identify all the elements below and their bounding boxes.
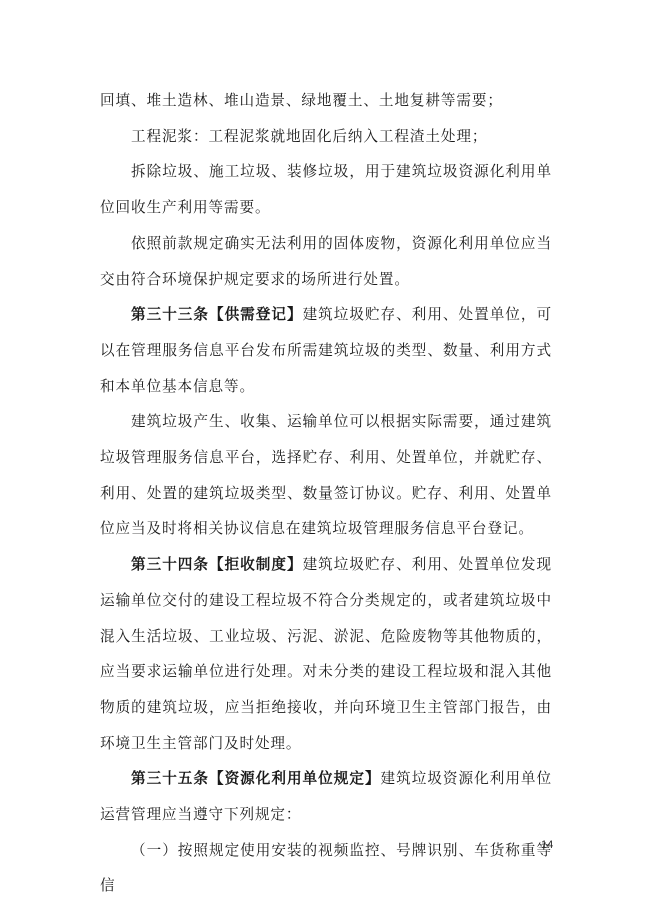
- paragraph-text: 回填、堆土造林、堆山造景、绿地覆土、土地复耕等需要；: [100, 92, 503, 109]
- paragraph-unusable-waste: 依照前款规定确实无法利用的固体废物，资源化利用单位应当交由符合环境保护规定要求的…: [100, 226, 552, 297]
- paragraph-text: 工程泥浆：工程泥浆就地固化后纳入工程渣土处理；: [131, 128, 487, 145]
- paragraph-text: 依照前款规定确实无法利用的固体废物，资源化利用单位应当交由符合环境保护规定要求的…: [100, 235, 552, 288]
- paragraph-text: （一）按照规定使用安装的视频监控、号牌识别、车货称重等信: [100, 842, 552, 895]
- article-33-supply-demand-registration: 第三十三条【供需登记】建筑垃圾贮存、利用、处置单位，可以在管理服务信息平台发布所…: [100, 297, 552, 404]
- article-heading: 第三十五条【资源化利用单位规定】: [131, 770, 381, 787]
- list-item-1: （一）按照规定使用安装的视频监控、号牌识别、车货称重等信: [100, 833, 552, 904]
- paragraph-demolition-waste: 拆除垃圾、施工垃圾、装修垃圾，用于建筑垃圾资源化利用单位回收生产利用等需要。: [100, 154, 552, 225]
- article-heading: 第三十四条【拒收制度】: [131, 556, 303, 573]
- page-number: 14: [541, 839, 553, 851]
- paragraph-backfill-uses: 回填、堆土造林、堆山造景、绿地覆土、土地复耕等需要；: [100, 83, 552, 119]
- document-page-body: 回填、堆土造林、堆山造景、绿地覆土、土地复耕等需要； 工程泥浆：工程泥浆就地固化…: [100, 83, 552, 904]
- article-34-rejection-system: 第三十四条【拒收制度】建筑垃圾贮存、利用、处置单位发现运输单位交付的建设工程垃圾…: [100, 547, 552, 761]
- paragraph-text: 建筑垃圾贮存、利用、处置单位发现运输单位交付的建设工程垃圾不符合分类规定的，或者…: [100, 556, 552, 752]
- article-35-recycling-unit-rules: 第三十五条【资源化利用单位规定】建筑垃圾资源化利用单位运营管理应当遵守下列规定：: [100, 761, 552, 832]
- paragraph-text: 拆除垃圾、施工垃圾、装修垃圾，用于建筑垃圾资源化利用单位回收生产利用等需要。: [100, 163, 552, 216]
- paragraph-agreement-registration: 建筑垃圾产生、收集、运输单位可以根据实际需要，通过建筑垃圾管理服务信息平台，选择…: [100, 404, 552, 547]
- article-heading: 第三十三条【供需登记】: [131, 306, 303, 323]
- paragraph-text: 建筑垃圾产生、收集、运输单位可以根据实际需要，通过建筑垃圾管理服务信息平台，选择…: [100, 413, 552, 537]
- paragraph-engineering-mud: 工程泥浆：工程泥浆就地固化后纳入工程渣土处理；: [100, 119, 552, 155]
